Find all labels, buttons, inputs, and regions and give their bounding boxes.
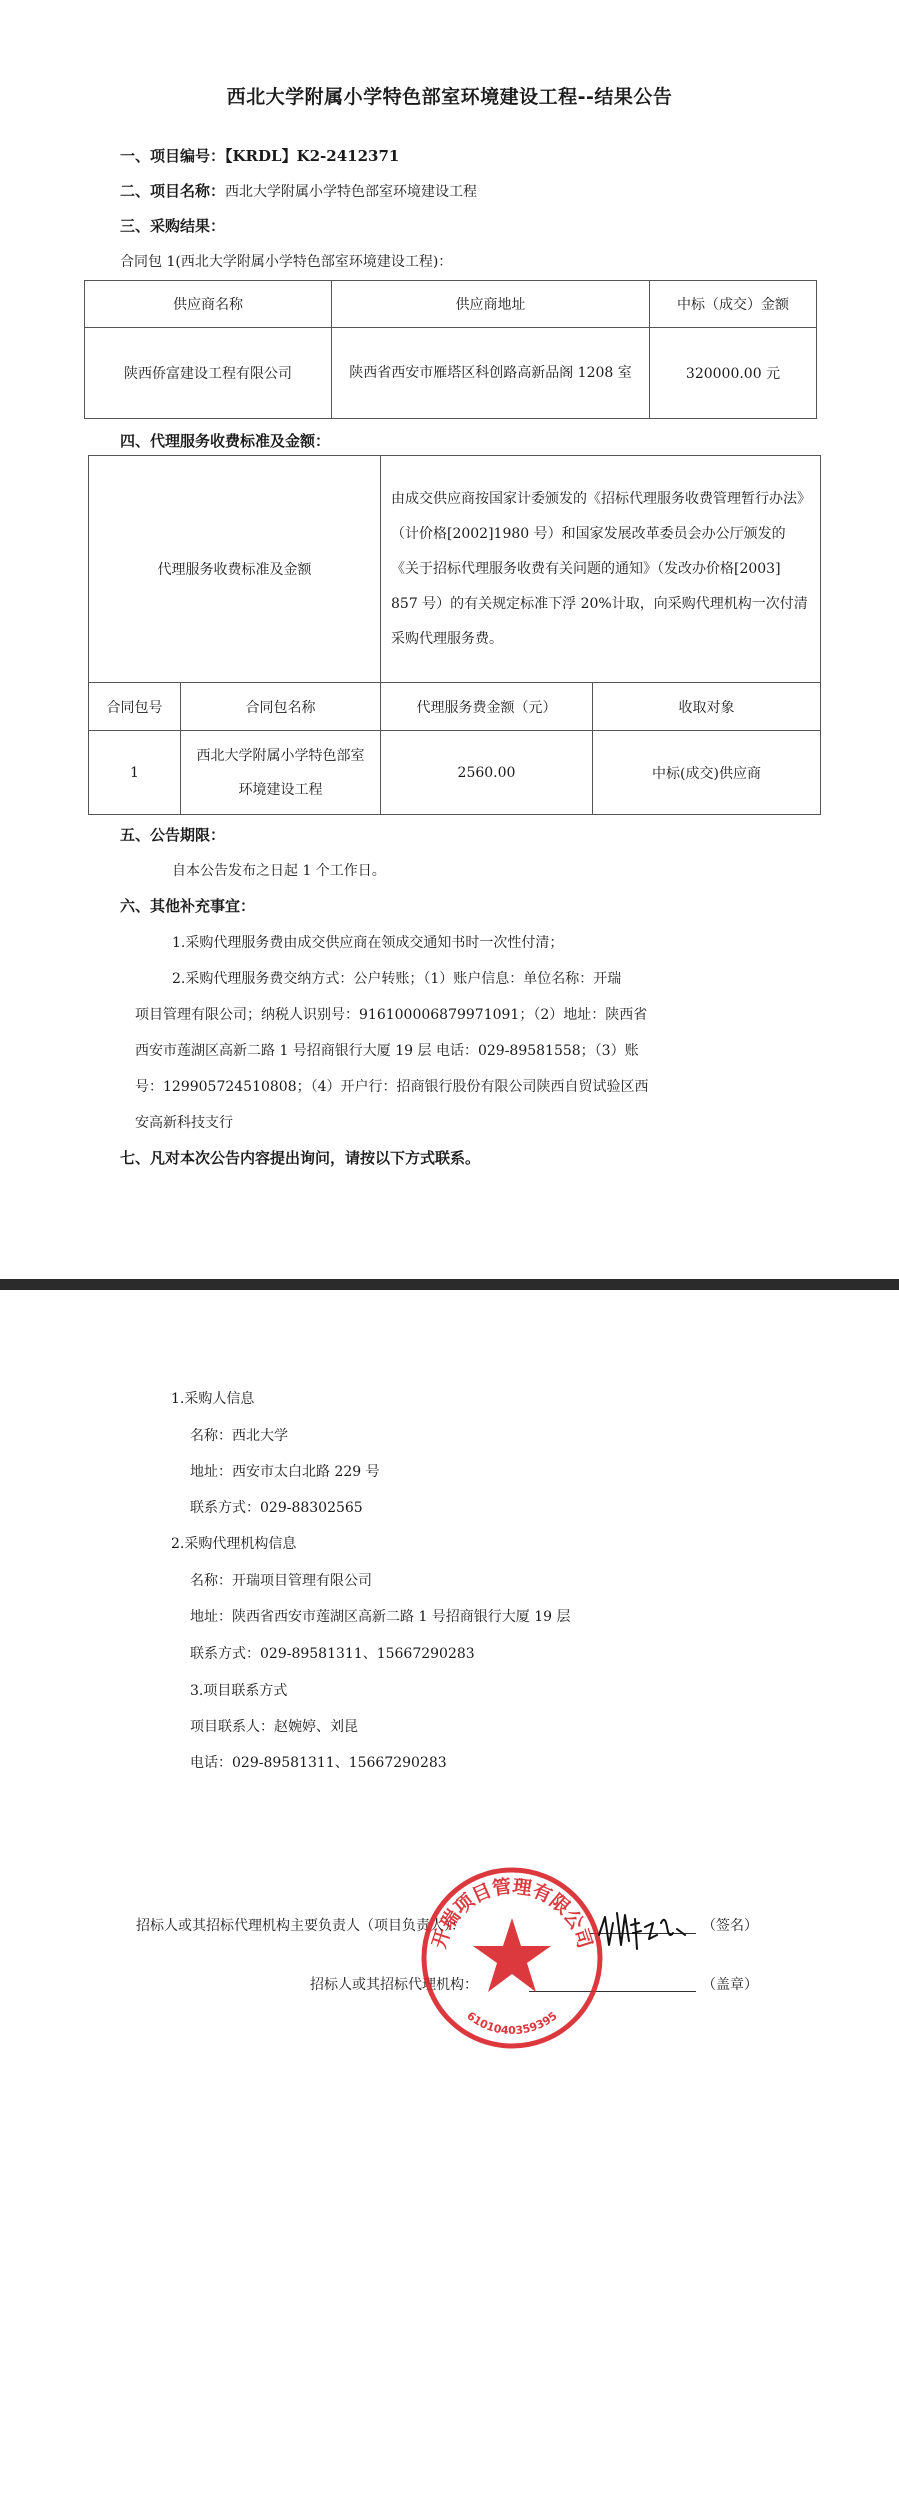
table-row: 陕西侨富建设工程有限公司 陕西省西安市雁塔区科创路高新品阁 1208 室 320… [85,328,817,419]
table-header-row: 合同包号 合同包名称 代理服务费金额（元） 收取对象 [89,683,821,731]
project-contact-heading: 3.项目联系方式 [190,1680,287,1700]
fee-standard-label: 代理服务收费标准及金额 [89,456,381,683]
section-inquiry-contact: 七、凡对本次公告内容提出询问，请按以下方式联系。 [120,1147,480,1168]
document-title: 西北大学附属小学特色部室环境建设工程--结果公告 [0,82,899,109]
section-agency-fee: 四、代理服务收费标准及金额： [120,430,330,451]
other-matters-item-2-line: 西安市莲湖区高新二路 1 号招商银行大厦 19 层 电话：029-8958155… [135,1040,639,1060]
agency-phone: 联系方式：029-89581311、15667290283 [190,1643,475,1663]
other-matters-item-2-line: 2.采购代理服务费交纳方式：公户转账；（1）账户信息：单位名称：开瑞 [172,968,621,988]
purchaser-name: 名称：西北大学 [190,1425,288,1445]
project-number-value: 【KRDL】K2-2412371 [225,147,399,165]
other-matters-item-2-line: 安高新科技支行 [135,1112,233,1132]
payer: 中标(成交)供应商 [593,731,821,815]
svg-text:6101040359395: 6101040359395 [464,2009,559,2037]
agency-address: 地址：陕西省西安市莲湖区高新二路 1 号招商银行大厦 19 层 [190,1606,571,1626]
section-label: 二、项目名称： [120,182,225,200]
seal-suffix: （盖章） [702,1974,758,1994]
supplier-name: 陕西侨富建设工程有限公司 [85,328,332,419]
fee-amount: 2560.00 [381,731,593,815]
section-other-matters: 六、其他补充事宜： [120,895,255,916]
section-label: 一、项目编号： [120,147,225,165]
company-seal-stamp-icon: 开瑞项目管理有限公司 6101040359395 [420,1866,604,2050]
project-name-value: 西北大学附属小学特色部室环境建设工程 [225,184,477,200]
agency-name: 名称：开瑞项目管理有限公司 [190,1570,372,1590]
header-fee-amount: 代理服务费金额（元） [381,683,593,731]
other-matters-item-2-line: 号：129905724510808；（4）开户行：招商银行股份有限公司陕西自贸试… [135,1076,649,1096]
purchaser-heading: 1.采购人信息 [171,1388,254,1408]
handwritten-signature-icon [595,1905,695,1955]
section-project-number: 一、项目编号：【KRDL】K2-2412371 [120,145,399,166]
header-payer: 收取对象 [593,683,821,731]
package-number: 1 [89,731,181,815]
announcement-period-text: 自本公告发布之日起 1 个工作日。 [172,860,386,880]
header-package-name: 合同包名称 [181,683,381,731]
fee-standard-text: 由成交供应商按国家计委颁发的《招标代理服务收费管理暂行办法》（计价格[2002]… [381,456,821,683]
agency-heading: 2.采购代理机构信息 [171,1533,296,1553]
page-separator [0,1279,899,1290]
project-contact-phone: 电话：029-89581311、15667290283 [190,1752,447,1772]
package-name: 西北大学附属小学特色部室环境建设工程 [181,731,381,815]
table-row: 1 西北大学附属小学特色部室环境建设工程 2560.00 中标(成交)供应商 [89,731,821,815]
header-supplier-name: 供应商名称 [85,281,332,328]
project-contact-person: 项目联系人：赵婉婷、刘昆 [190,1716,358,1736]
other-matters-item-1: 1.采购代理服务费由成交供应商在领成交通知书时一次性付清； [172,932,563,952]
header-bid-amount: 中标（成交）金额 [650,281,817,328]
contract-package-caption: 合同包 1(西北大学附属小学特色部室环境建设工程)： [120,251,452,271]
section-announcement-period: 五、公告期限： [120,824,225,845]
fee-standard-row: 代理服务收费标准及金额 由成交供应商按国家计委颁发的《招标代理服务收费管理暂行办… [89,456,821,683]
purchaser-phone: 联系方式：029-88302565 [190,1497,363,1517]
signatory-label: 招标人或其招标代理机构主要负责人（项目负责人）： [136,1915,465,1935]
other-matters-item-2-line: 项目管理有限公司；纳税人识别号：916100006879971091；（2）地址… [135,1004,647,1024]
header-package-number: 合同包号 [89,683,181,731]
header-supplier-address: 供应商地址 [332,281,650,328]
signature-suffix: （签名） [702,1915,758,1935]
result-table: 供应商名称 供应商地址 中标（成交）金额 陕西侨富建设工程有限公司 陕西省西安市… [84,280,817,419]
supplier-address: 陕西省西安市雁塔区科创路高新品阁 1208 室 [332,328,650,419]
section-project-name: 二、项目名称：西北大学附属小学特色部室环境建设工程 [120,180,477,201]
fee-table: 代理服务收费标准及金额 由成交供应商按国家计委颁发的《招标代理服务收费管理暂行办… [88,455,821,815]
bid-amount: 320000.00 元 [650,328,817,419]
section-procurement-result: 三、采购结果： [120,215,225,236]
table-header-row: 供应商名称 供应商地址 中标（成交）金额 [85,281,817,328]
purchaser-address: 地址：西安市太白北路 229 号 [190,1461,380,1481]
